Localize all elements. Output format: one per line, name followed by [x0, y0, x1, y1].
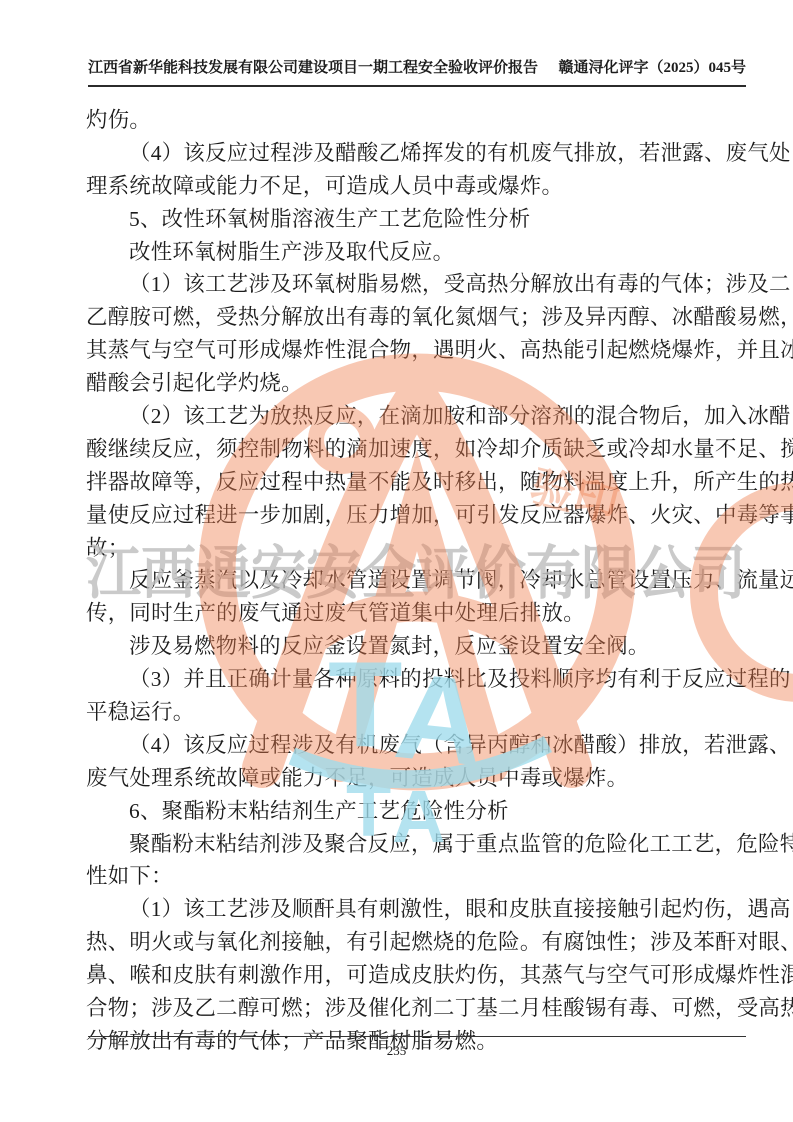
body-line: （1）该工艺涉及环氧树脂易燃，受高热分解放出有毒的气体；涉及二 — [86, 268, 750, 301]
body-line: 酸继续反应，须控制物料的滴加速度，如冷却介质缺乏或冷却水量不足、搅 — [86, 433, 750, 466]
body-line: （2）该工艺为放热反应，在滴加胺和部分溶剂的混合物后，加入冰醋 — [86, 400, 750, 433]
document-body: 灼伤。（4）该反应过程涉及醋酸乙烯挥发的有机废气排放，若泄露、废气处理系统故障或… — [86, 104, 750, 1058]
footer-divider — [88, 1036, 746, 1037]
body-line: 平稳运行。 — [86, 696, 750, 729]
body-line: 拌器故障等，反应过程中热量不能及时移出，随物料温度上升，所产生的热 — [86, 466, 750, 499]
body-line: 5、改性环氧树脂溶液生产工艺危险性分析 — [86, 203, 750, 236]
body-line: 热、明火或与氧化剂接触，有引起燃烧的危险。有腐蚀性；涉及苯酐对眼、 — [86, 926, 750, 959]
body-line: （3）并且正确计量各种原料的投料比及投料顺序均有利于反应过程的 — [86, 663, 750, 696]
body-line: 灼伤。 — [86, 104, 750, 137]
body-line: 理系统故障或能力不足，可造成人员中毒或爆炸。 — [86, 170, 750, 203]
header-divider — [88, 85, 746, 87]
body-line: 聚酯粉末粘结剂涉及聚合反应，属于重点监管的危险化工工艺，危险特 — [86, 828, 750, 861]
body-line: 涉及易燃物料的反应釜设置氮封，反应釜设置安全阀。 — [86, 630, 750, 663]
header-report-title: 江西省新华能科技发展有限公司建设项目一期工程安全验收评价报告 — [88, 58, 538, 78]
body-line: （1）该工艺涉及顺酐具有刺激性，眼和皮肤直接接触引起灼伤，遇高 — [86, 893, 750, 926]
body-line: 反应釜蒸汽以及冷却水管道设置调节阀，冷却水总管设置压力、流量远 — [86, 564, 750, 597]
body-line: （4）该反应过程涉及醋酸乙烯挥发的有机废气排放，若泄露、废气处 — [86, 137, 750, 170]
page-number: 235 — [0, 1043, 793, 1059]
body-line: 故； — [86, 532, 750, 565]
header-doc-number: 赣通浔化评字（2025）045号 — [558, 58, 746, 78]
body-line: 合物；涉及乙二醇可燃；涉及催化剂二丁基二月桂酸锡有毒、可燃，受高热 — [86, 992, 750, 1025]
body-line: 传，同时生产的废气通过废气管道集中处理后排放。 — [86, 597, 750, 630]
page-header: 江西省新华能科技发展有限公司建设项目一期工程安全验收评价报告 赣通浔化评字（20… — [88, 58, 746, 78]
body-line: （4）该反应过程涉及有机废气（含异丙醇和冰醋酸）排放，若泄露、 — [86, 729, 750, 762]
body-line: 量使反应过程进一步加剧，压力增加，可引发反应器爆炸、火灾、中毒等事 — [86, 499, 750, 532]
body-line: 改性环氧树脂生产涉及取代反应。 — [86, 236, 750, 269]
report-page: 江西省新华能科技发展有限公司建设项目一期工程安全验收评价报告 赣通浔化评字（20… — [0, 0, 793, 1122]
body-line: 鼻、喉和皮肤有刺激作用，可造成皮肤灼伤，其蒸气与空气可形成爆炸性混 — [86, 959, 750, 992]
body-line: 乙醇胺可燃，受热分解放出有毒的氧化氮烟气；涉及异丙醇、冰醋酸易燃， — [86, 301, 750, 334]
body-line: 6、聚酯粉末粘结剂生产工艺危险性分析 — [86, 795, 750, 828]
body-line: 性如下： — [86, 860, 750, 893]
body-line: 醋酸会引起化学灼烧。 — [86, 367, 750, 400]
body-line: 其蒸气与空气可形成爆炸性混合物，遇明火、高热能引起燃烧爆炸，并且冰 — [86, 334, 750, 367]
body-line: 废气处理系统故障或能力不足，可造成人员中毒或爆炸。 — [86, 762, 750, 795]
